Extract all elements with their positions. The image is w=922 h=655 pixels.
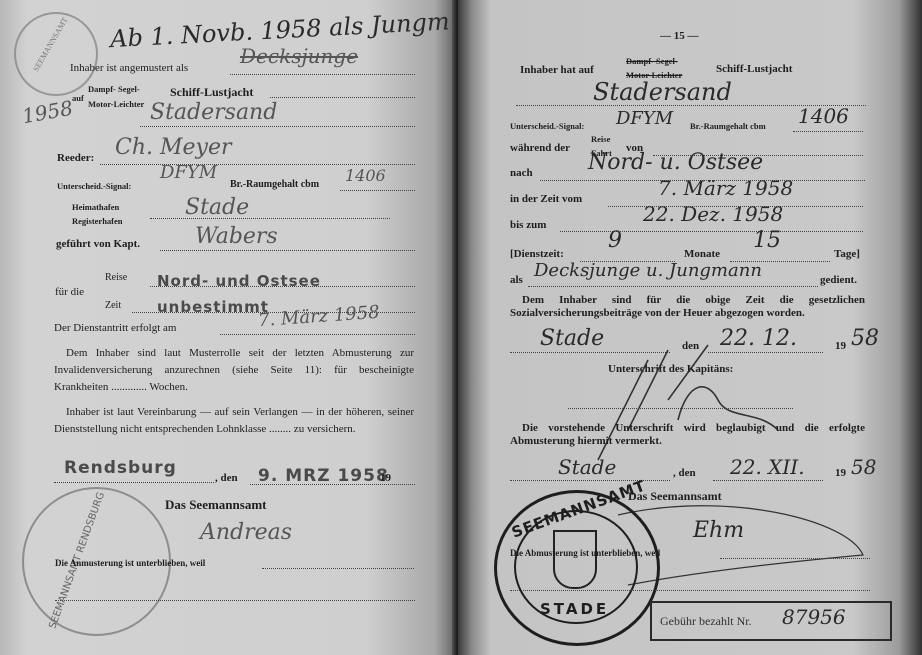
captain-label: geführt von Kapt. — [56, 238, 140, 250]
office-signature: Andreas — [200, 520, 292, 545]
year-suffix: 58 — [851, 326, 879, 351]
during-label: während der — [510, 142, 570, 154]
crossed-out-rank: Decksjunge — [240, 44, 358, 68]
until-label: bis zum — [510, 219, 546, 231]
ship-type-top: Dampf- Segel- — [88, 84, 140, 94]
ship-type-suffix: Schiff-Lustjacht — [170, 85, 253, 100]
year2-suffix: 58 — [851, 455, 876, 479]
captain-signature — [558, 340, 798, 470]
signal-label: Unterscheid.-Signal: — [510, 121, 584, 131]
right-page: — 15 — Inhaber hat auf Dampf- Segel- Mot… — [458, 0, 922, 655]
ship-type-suffix: Schiff-Lustjacht — [716, 63, 792, 75]
holder-on-label: Inhaber hat auf — [520, 64, 594, 76]
start-label: Der Dienstantritt erfolgt am — [54, 322, 177, 334]
port-value: Stade — [185, 195, 249, 220]
owner-label: Reeder: — [57, 152, 94, 164]
ship-name: Stadersand — [593, 78, 732, 106]
ship-type-top: Dampf- Segel- — [626, 56, 678, 66]
signal-value: DFYM — [160, 162, 217, 183]
to-value: Nord- u. Ostsee — [588, 150, 763, 175]
service-days: 15 — [753, 228, 781, 253]
ship-name: Stadersand — [150, 100, 277, 125]
holder-rank-label: Inhaber ist angemustert als — [70, 62, 188, 74]
page-number: — 15 — — [660, 30, 699, 42]
year-prefix: 19 — [380, 472, 391, 484]
service-months: 9 — [608, 228, 622, 253]
fee-label: Gebühr bezahlt Nr. — [660, 614, 752, 629]
until-value: 22. Dez. 1958 — [643, 202, 783, 226]
as-label: als — [510, 274, 523, 286]
coat-of-arms-icon — [553, 530, 597, 589]
certification-paragraph: Die vorstehende Unterschrift wird beglau… — [510, 422, 865, 448]
months-label: Monate — [684, 248, 720, 260]
place-value: Rendsburg — [64, 458, 177, 478]
date-value: 9. MRZ 1958 — [258, 466, 389, 486]
place2-value: Stade — [558, 455, 616, 479]
service-label: [Dienstzeit: — [510, 248, 564, 260]
port-top-label: Heimathafen — [72, 202, 119, 212]
year-prefix: 19 — [835, 340, 846, 352]
signal-label: Unterscheid.-Signal: — [57, 181, 131, 191]
ship-type-bottom: Motor-Leichter — [88, 99, 144, 109]
omitted-label: Die Abmusterung ist unterblieben, weil — [510, 548, 660, 558]
served-label: gedient. — [820, 274, 857, 286]
year2-prefix: 19 — [835, 467, 846, 479]
stade-stamp-bottom-text: STADE — [540, 600, 609, 618]
trip-top-label: Reise — [591, 134, 610, 144]
date2-value: 22. XII. — [730, 455, 805, 479]
start-value: 7. März 1958 — [257, 302, 380, 331]
time-label: Zeit — [105, 300, 121, 311]
as-value: Decksjunge u. Jungmann — [534, 260, 762, 281]
margin-note: 1958 — [20, 96, 74, 128]
days-label: Tage] — [834, 248, 860, 260]
port-bottom-label: Registerhafen — [72, 216, 123, 226]
office-label: Das Seemannsamt — [165, 497, 266, 513]
date-label: , den — [215, 472, 238, 484]
trip-value: Nord- und Ostsee — [157, 272, 321, 290]
social-insurance-paragraph: Dem Inhaber sind für die obige Zeit die … — [510, 294, 865, 320]
trip-label: Reise — [105, 272, 127, 283]
fee-box: Gebühr bezahlt Nr. 87956 — [650, 601, 892, 641]
to-label: nach — [510, 167, 533, 179]
wage-class-paragraph: Inhaber ist laut Vereinbarung — auf sein… — [54, 404, 414, 438]
fee-value: 87956 — [782, 605, 846, 629]
date2-label: , den — [673, 467, 696, 479]
time-value: unbestimmt — [157, 298, 269, 316]
tonnage-label: Br.-Raumgehalt cbm — [230, 179, 319, 190]
on-label: auf — [72, 93, 84, 103]
for-label: für die — [55, 286, 84, 298]
owner-value: Ch. Meyer — [115, 135, 232, 160]
omitted-label: Die Anmusterung ist unterblieben, weil — [55, 558, 205, 568]
signal-value: DFYM — [616, 108, 673, 129]
tonnage-label: Br.-Raumgehalt cbm — [690, 121, 766, 131]
left-page: SEEMANNSAMT Ab 1. Novb. 1958 als Jungm. … — [0, 0, 458, 655]
sickness-paragraph: Dem Inhaber sind laut Musterrolle seit d… — [54, 345, 414, 396]
period-value: 7. März 1958 — [658, 176, 793, 200]
tonnage-value: 1406 — [345, 166, 386, 185]
tonnage-value: 1406 — [798, 104, 849, 128]
period-label: in der Zeit vom — [510, 193, 582, 205]
captain-value: Wabers — [195, 224, 278, 249]
